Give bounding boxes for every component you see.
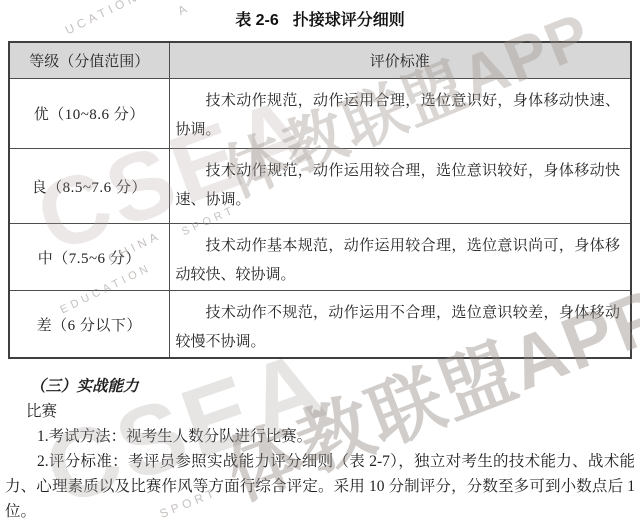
sub-heading: 比赛 — [26, 399, 635, 424]
section-heading: （三）实战能力 — [30, 374, 635, 399]
grade-cell-poor: 差（6 分以下） — [9, 291, 169, 359]
table-row: 中（7.5~6 分） 技术动作基本规范，动作运用较合理，选位意识尚可，身体移动较… — [9, 224, 631, 291]
criteria-cell-excellent: 技术动作规范，动作运用合理，选位意识好，身体移动快速、协调。 — [169, 79, 631, 149]
criteria-cell-poor: 技术动作不规范，动作运用不合理，选位意识较差，身体移动较慢不协调。 — [169, 291, 631, 359]
table-name: 扑接球评分细则 — [293, 12, 405, 29]
grade-cell-excellent: 优（10~8.6 分） — [9, 79, 169, 149]
criteria-cell-medium: 技术动作基本规范，动作运用较合理，选位意识尚可，身体移动较快、较协调。 — [169, 224, 631, 291]
table-number: 表 2-6 — [235, 12, 279, 29]
paragraph-scoring-standard: 2.评分标准：考评员参照实战能力评分细则（表 2-7），独立对考生的技术能力、战… — [5, 449, 635, 524]
scoring-table: 等级（分值范围） 评价标准 优（10~8.6 分） 技术动作规范，动作运用合理，… — [8, 41, 632, 359]
table-header-row: 等级（分值范围） 评价标准 — [9, 42, 631, 79]
document-page: 表 2-6扑接球评分细则 等级（分值范围） 评价标准 优（10~8.6 分） 技… — [0, 0, 640, 525]
table-title: 表 2-6扑接球评分细则 — [0, 0, 640, 30]
table-row: 差（6 分以下） 技术动作不规范，动作运用不合理，选位意识较差，身体移动较慢不协… — [9, 291, 631, 359]
paragraph-exam-method: 1.考试方法：视考生人数分队进行比赛。 — [5, 424, 635, 449]
body-text-section: （三）实战能力 比赛 1.考试方法：视考生人数分队进行比赛。 2.评分标准：考评… — [0, 359, 640, 524]
table-row: 良（8.5~7.6 分） 技术动作规范，动作运用较合理，选位意识较好，身体移动快… — [9, 149, 631, 224]
header-grade-column: 等级（分值范围） — [9, 42, 169, 79]
grade-cell-good: 良（8.5~7.6 分） — [9, 149, 169, 224]
header-criteria-column: 评价标准 — [169, 42, 631, 79]
criteria-cell-good: 技术动作规范，动作运用较合理，选位意识较好，身体移动快速、协调。 — [169, 149, 631, 224]
table-row: 优（10~8.6 分） 技术动作规范，动作运用合理，选位意识好，身体移动快速、协… — [9, 79, 631, 149]
grade-cell-medium: 中（7.5~6 分） — [9, 224, 169, 291]
